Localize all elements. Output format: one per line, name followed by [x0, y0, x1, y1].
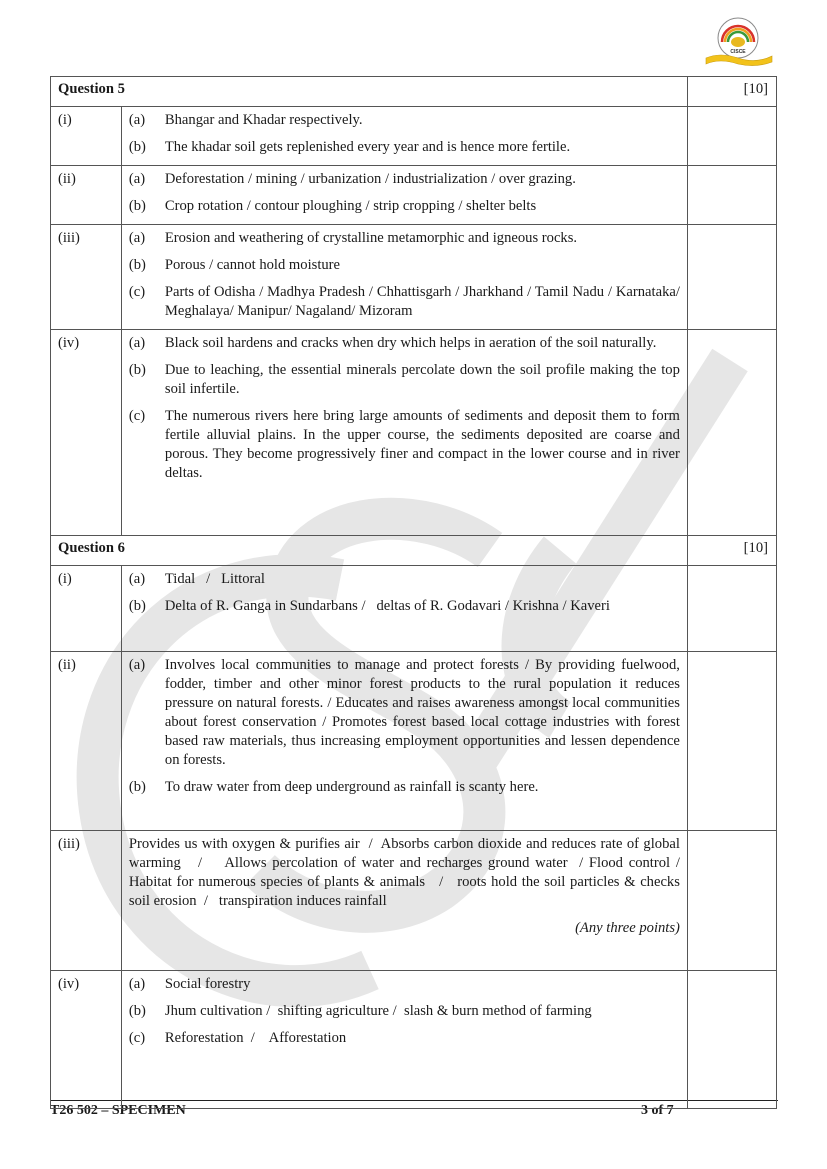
answer-text: Due to leaching, the essential minerals …: [165, 361, 680, 399]
answer-text: Parts of Odisha / Madhya Pradesh / Chhat…: [165, 283, 680, 321]
answer-text: Black soil hardens and cracks when dry w…: [165, 334, 680, 353]
answer-text: Delta of R. Ganga in Sundarbans / deltas…: [165, 597, 680, 616]
item-number: (i): [51, 566, 122, 652]
answer-text: Porous / cannot hold moisture: [165, 256, 680, 275]
table-row: (ii) (a)Deforestation / mining / urbaniz…: [51, 166, 777, 225]
table-row: (iv) (a)Social forestry (b)Jhum cultivat…: [51, 971, 777, 1109]
svg-text:CISCE: CISCE: [730, 49, 746, 55]
answer-text: The khadar soil gets replenished every y…: [165, 138, 680, 157]
table-row: (iv) (a)Black soil hardens and cracks wh…: [51, 330, 777, 536]
answer-text: Social forestry: [165, 975, 680, 994]
part-label: (b): [129, 1002, 165, 1021]
part-label: (c): [129, 283, 165, 321]
item-number: (ii): [51, 652, 122, 831]
answer-text: Bhangar and Khadar respectively.: [165, 111, 680, 130]
part-label: (c): [129, 407, 165, 483]
part-label: (b): [129, 256, 165, 275]
item-number: (iii): [51, 831, 122, 971]
marks-cell: [687, 166, 776, 225]
marks-cell: [687, 225, 776, 330]
part-label: (a): [129, 570, 165, 589]
answer-text: Erosion and weathering of crystalline me…: [165, 229, 680, 248]
item-number: (iv): [51, 971, 122, 1109]
answer-text: Reforestation / Afforestation: [165, 1029, 680, 1048]
marks-cell: [687, 652, 776, 831]
item-number: (ii): [51, 166, 122, 225]
question-marks: [10]: [687, 77, 776, 107]
question-6-header: Question 6 [10]: [51, 536, 777, 566]
item-number: (i): [51, 107, 122, 166]
table-row: (iii) (a)Erosion and weathering of cryst…: [51, 225, 777, 330]
answer-text: Crop rotation / contour ploughing / stri…: [165, 197, 680, 216]
part-label: (a): [129, 170, 165, 189]
marks-cell: [687, 107, 776, 166]
marks-cell: [687, 971, 776, 1109]
item-number: (iii): [51, 225, 122, 330]
item-number: (iv): [51, 330, 122, 536]
part-label: (b): [129, 597, 165, 616]
question-5-header: Question 5 [10]: [51, 77, 777, 107]
table-row: (i) (a)Bhangar and Khadar respectively. …: [51, 107, 777, 166]
table-row: (i) (a)Tidal / Littoral (b)Delta of R. G…: [51, 566, 777, 652]
question-title: Question 5: [51, 77, 688, 107]
marking-note: (Any three points): [129, 919, 680, 938]
marks-cell: [687, 330, 776, 536]
marking-scheme-table: Question 5 [10] (i) (a)Bhangar and Khada…: [50, 76, 777, 1109]
part-label: (b): [129, 197, 165, 216]
part-label: (a): [129, 975, 165, 994]
part-label: (a): [129, 111, 165, 130]
question-marks: [10]: [687, 536, 776, 566]
marks-cell: [687, 566, 776, 652]
part-label: (c): [129, 1029, 165, 1048]
answer-text: Deforestation / mining / urbanization / …: [165, 170, 680, 189]
part-label: (a): [129, 656, 165, 770]
part-label: (b): [129, 361, 165, 399]
question-title: Question 6: [51, 536, 688, 566]
answer-text: Jhum cultivation / shifting agriculture …: [165, 1002, 680, 1021]
answer-text: Involves local communities to manage and…: [165, 656, 680, 770]
cisce-logo: CISCE: [700, 14, 776, 68]
part-label: (b): [129, 778, 165, 797]
answer-text: Tidal / Littoral: [165, 570, 680, 589]
part-label: (b): [129, 138, 165, 157]
answer-text: The numerous rivers here bring large amo…: [165, 407, 680, 483]
part-label: (a): [129, 334, 165, 353]
answer-text: To draw water from deep underground as r…: [165, 778, 680, 797]
part-label: (a): [129, 229, 165, 248]
table-row: (ii) (a)Involves local communities to ma…: [51, 652, 777, 831]
table-row: (iii) Provides us with oxygen & purifies…: [51, 831, 777, 971]
answer-text: Provides us with oxygen & purifies air /…: [129, 835, 680, 911]
marks-cell: [687, 831, 776, 971]
